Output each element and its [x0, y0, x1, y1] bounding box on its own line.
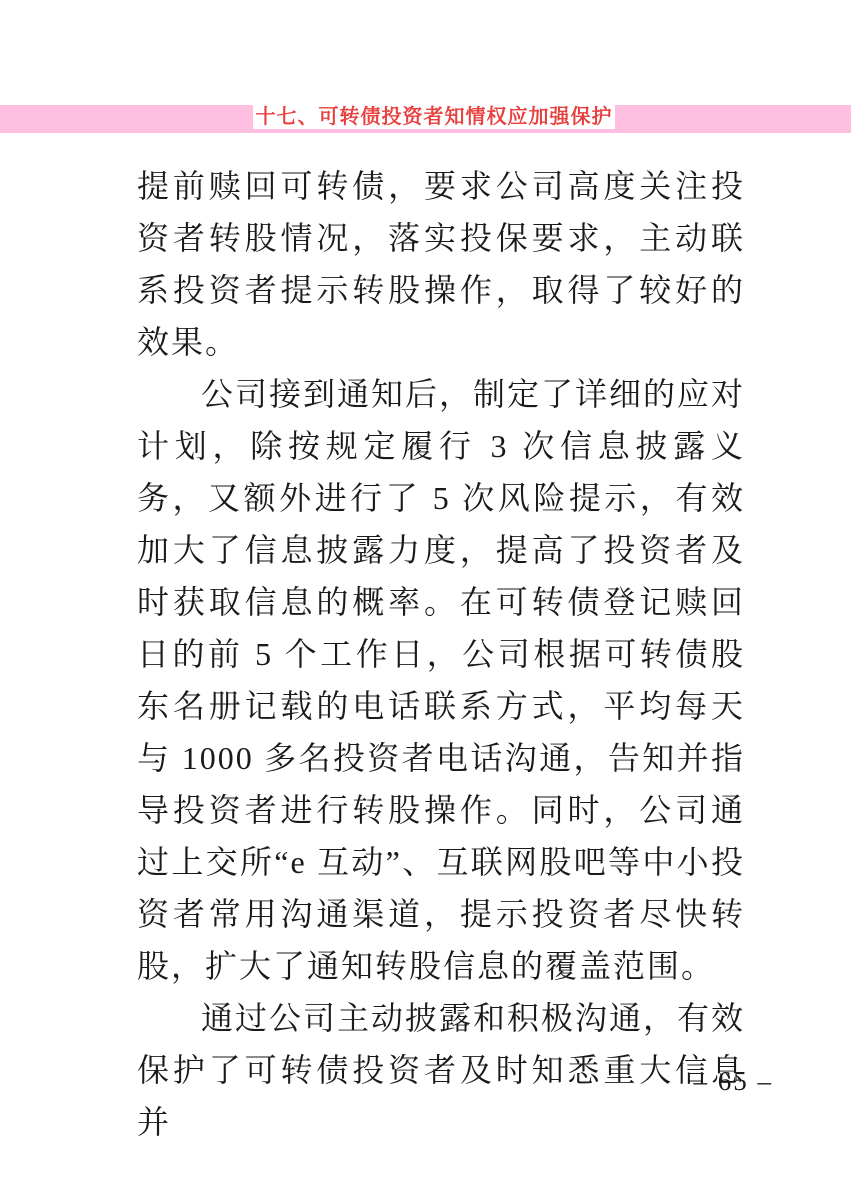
- chapter-title: 十七、可转债投资者知情权应加强保护: [256, 107, 613, 127]
- page-body: 提前赎回可转债，要求公司高度关注投资者转股情况，落实投保要求，主动联系投资者提示…: [137, 160, 745, 1148]
- body-paragraph: 提前赎回可转债，要求公司高度关注投资者转股情况，落实投保要求，主动联系投资者提示…: [137, 160, 745, 368]
- body-paragraph: 通过公司主动披露和积极沟通，有效保护了可转债投资者及时知悉重大信息并: [137, 992, 745, 1148]
- book-page: 十七、可转债投资者知情权应加强保护 提前赎回可转债，要求公司高度关注投资者转股情…: [0, 0, 851, 1189]
- page-number: – 65 –: [694, 1066, 774, 1096]
- chapter-header-band: 十七、可转债投资者知情权应加强保护: [0, 105, 851, 133]
- chapter-title-box: 十七、可转债投资者知情权应加强保护: [253, 105, 615, 129]
- page-footer: – 65 –: [694, 1066, 774, 1097]
- body-paragraph: 公司接到通知后，制定了详细的应对计划，除按规定履行 3 次信息披露义务，又额外进…: [137, 368, 745, 992]
